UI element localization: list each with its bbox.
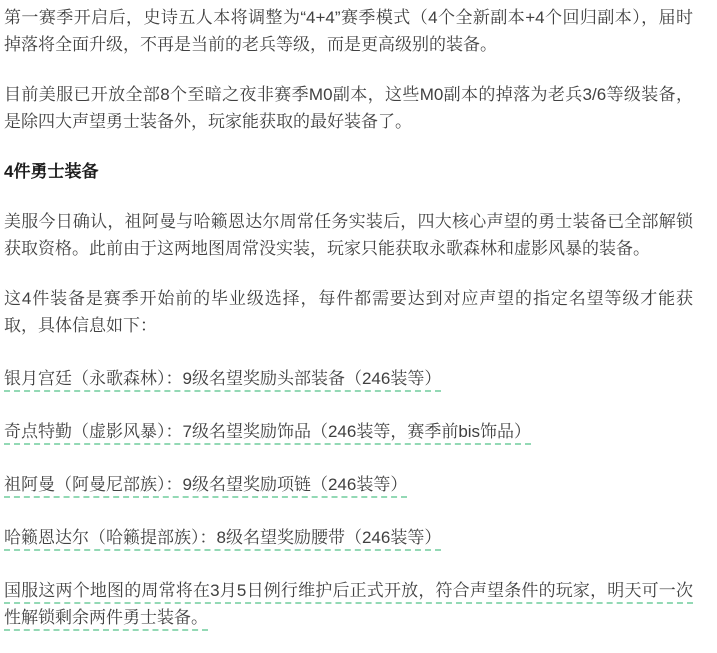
paragraph-m0-dungeons: 目前美服已开放全部8个至暗之夜非赛季M0副本，这些M0副本的掉落为老兵3/6等级… [4,81,693,135]
gear-item-line: 银月宫廷（永歌森林）：9级名望奖励头部装备（246装等） [4,365,693,392]
gear-item-hallandar: 哈籁恩达尔（哈籁提部族）：8级名望奖励腰带（246装等） [4,528,441,547]
gear-item-line: 哈籁恩达尔（哈籁提部族）：8级名望奖励腰带（246装等） [4,524,693,551]
gear-item-zulaman: 祖阿曼（阿曼尼部族）：9级名望奖励项链（246装等） [4,475,407,494]
paragraph-season-mode: 第一赛季开启后，史诗五人本将调整为“4+4”赛季模式（4个全新副本+4个回归副本… [4,4,693,58]
gear-item-line: 奇点特勤（虚影风暴）：7级名望奖励饰品（246装等，赛季前bis饰品） [4,418,693,445]
gear-item-silvermoon-court: 银月宫廷（永歌森林）：9级名望奖励头部装备（246装等） [4,369,441,388]
paragraph-weekly-quests: 美服今日确认，祖阿曼与哈籁恩达尔周常任务实装后，四大核心声望的勇士装备已全部解锁… [4,208,693,262]
closing-paragraph-text: 国服这两个地图的周常将在3月5日例行维护后正式开放，符合声望条件的玩家，明天可一… [4,581,693,627]
section-heading-champion-gear: 4件勇士装备 [4,158,693,185]
paragraph-renown-intro: 这4件装备是赛季开始前的毕业级选择，每件都需要达到对应声望的指定名望等级才能获取… [4,285,693,339]
article-body: 第一赛季开启后，史诗五人本将调整为“4+4”赛季模式（4个全新副本+4个回归副本… [0,0,717,631]
gear-item-singularity-taskforce: 奇点特勤（虚影风暴）：7级名望奖励饰品（246装等，赛季前bis饰品） [4,422,531,441]
closing-paragraph: 国服这两个地图的周常将在3月5日例行维护后正式开放，符合声望条件的玩家，明天可一… [4,577,693,631]
gear-item-line: 祖阿曼（阿曼尼部族）：9级名望奖励项链（246装等） [4,471,693,498]
